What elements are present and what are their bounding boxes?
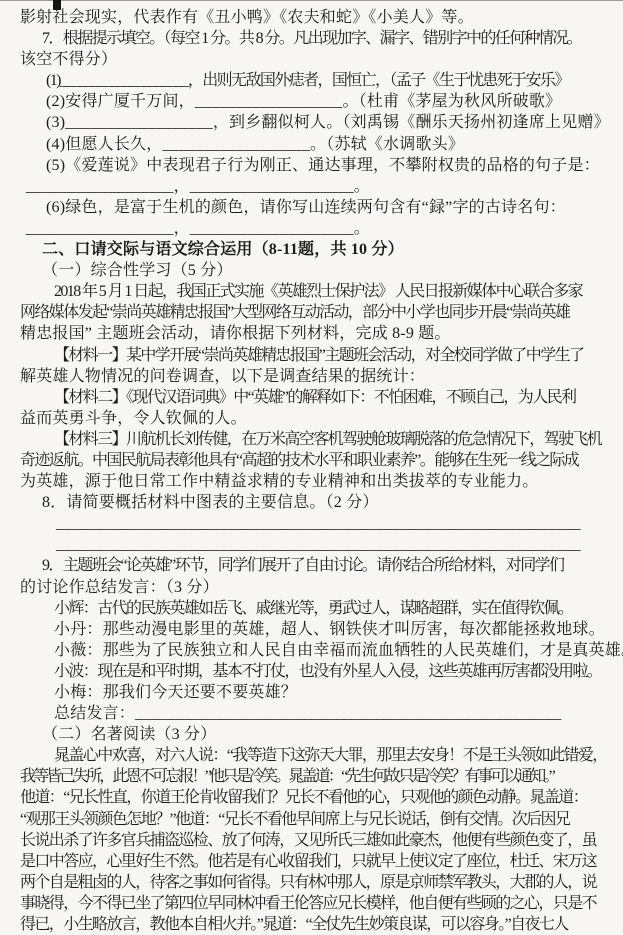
text-line-35: （二）名著阅读（3 分）	[42, 724, 605, 745]
text-line-26: ________________________________________…	[56, 534, 605, 555]
scan-artifact	[53, 0, 61, 10]
text-line-12: 二、口请交际与语文综合运用（8-11题，共 10 分）	[42, 239, 605, 260]
text-line-21: 【材料三】川航机长刘传健，在万米高空客机驾驶舱玻璃脱落的危急情况下，驾驶飞机	[54, 429, 605, 450]
text-line-25: ________________________________________…	[56, 513, 605, 534]
text-line-16: 精忠报国” 主题班会活动，请你根据下列材料，完成 8-9 题。	[20, 323, 605, 344]
text-line-6: (3)__________________，到乡翻似柯人。（刘禹锡《酬乐天扬州初…	[46, 112, 605, 133]
text-line-40: 长说出杀了许多官兵捕盗巡检、放了何涛，又见所氏三雄如此豪杰，他便有些颜色变了，虽	[20, 830, 605, 851]
text-line-38: 他道：“兄长性直，你道王伦肯收留我们？兄长不看他的心，只观他的颜色动静。晁盖道：	[20, 787, 605, 808]
text-line-7: (4)但愿人长久，__________________。（苏轼《水调歌头》	[46, 134, 605, 155]
text-line-2: 7．根据提示填空。（每空 1 分。共 8 分。凡出现加字、漏字、错别字中的任何种…	[42, 28, 605, 49]
text-line-14: 2018 年 5 月 1 日起，我国正式实施《英雄烈士保护法》 人民日报新媒体中…	[54, 281, 605, 302]
text-line-32: 小波：现在是和平时期，基本不打仗，也没有外星人入侵，这些英雄再厉害都没用啦。	[54, 661, 605, 682]
text-line-18: 解英雄人物情况的问卷调查，以下是调查结果的据统计：	[20, 366, 605, 387]
text-line-36: 晁盖心中欢喜，对六人说：“我等造下这弥天大罪，那里去安身！不是王头领如此错爱，	[54, 745, 605, 766]
text-line-17: 【材料一】某中学开展“崇尚英雄精忠报国”主题班会活动，对全校同学做了中学生了	[54, 345, 605, 366]
text-line-34: 总结发言：___________________________________…	[54, 703, 605, 724]
scan-edge-line	[0, 0, 623, 1]
text-line-4: (1)____________________，出则无敌国外痣者，国恒亡，（孟子…	[46, 70, 605, 91]
exam-document-text: 影射社会现实，代表作有《丑小鸭》《农夫和蛇》《小美人》等。7．根据提示填空。（每…	[20, 7, 605, 935]
text-line-37: 我等皆己失所，此恩不可忘报！”他只是冷笑。晁盖道：“先生何故只是冷笑？有事可以通…	[20, 766, 605, 787]
text-line-28: 的讨论作总结发言：（3 分）	[20, 577, 605, 598]
text-line-22: 奇迹返航。中国民航局表彰他具有“高超的技术水平和职业素养”。能够在生死一线之际成	[20, 450, 605, 471]
text-line-9: __________________，____________________。	[26, 176, 605, 197]
text-line-8: (5)《爱莲说》中表现君子行为刚正、通达事理，不攀附权贵的品格的句子是：	[46, 155, 605, 176]
text-line-30: 小丹：那些动漫电影里的英雄，超人、钢铁侠才叫厉害，每次都能拯救地球。	[54, 619, 605, 640]
text-line-15: 网络媒体发起“崇尚英雄精忠报国”大型网络互动活动，部分中小学也同步开晨“崇尚英雄	[20, 302, 605, 323]
text-line-39: “观那王头领颜色怎地？”他道：“兄长不看他早间席上与兄长说话，倒有交情。次后因兄	[20, 809, 605, 830]
text-line-3: 该空不得分）	[20, 49, 605, 70]
text-line-29: 小辉：古代的民族英雄如岳飞、戚继光等，勇武过人，谋略超群，实在值得钦佩。	[54, 598, 605, 619]
scanned-exam-page: 影射社会现实，代表作有《丑小鸭》《农夫和蛇》《小美人》等。7．根据提示填空。（每…	[0, 0, 623, 935]
text-line-1: 影射社会现实，代表作有《丑小鸭》《农夫和蛇》《小美人》等。	[20, 7, 605, 28]
text-line-41: 是口中答应，心里好生不然。他若是有心收留我们，只就早上使议定了座位，杜迁、宋万这	[20, 851, 605, 872]
text-line-31: 小薇：那些为了民族独立和人民自由幸福而流血牺牲的人民英雄们，才是真英雄。	[54, 640, 605, 661]
text-line-10: (6)绿色，是富于生机的颜色，请你写山连续两句含有“録”字的古诗名句：	[46, 197, 605, 218]
text-line-20: 益而英勇斗争，令人钦佩的人。	[20, 408, 605, 429]
text-line-23: 为英雄，源于他日常工作中精益求精的专业精神和出类拔萃的专业能力。	[20, 471, 605, 492]
text-line-27: 9．主题班会“论英雄”环节，同学们展开了自由讨论。请你结合所给材料，对同学们	[42, 555, 605, 576]
text-line-19: 【材料二】《现代汉语词典》中“英雄”的解释如下：不怕困难，不顾自己，为人民利	[54, 387, 605, 408]
text-line-11: __________________，____________________。	[26, 218, 605, 239]
text-line-5: (2)安得广厦千万间，__________________。（杜甫《茅屋为秋风所…	[46, 91, 605, 112]
text-line-33: 小梅：那我们今天还要不要英雄？	[54, 682, 605, 703]
text-line-42: 两个自是粗卤的人，待客之事如何省得。只有林冲那人，原是京师禁军教头，大郡的人，说	[20, 872, 605, 893]
text-line-13: （一）综合性学习（5 分）	[42, 260, 605, 281]
text-line-44: 得已，小生略放言，教他本自相火并。”晁道：“全仗先生妙策良谋，可以容身。”自夜七…	[20, 914, 605, 935]
text-line-43: 事晓得，今不得已坐了第四位早同林冲看王伦答应兄长模样，他自便有些顾的之心，只是不	[20, 893, 605, 914]
text-line-24: 8．请简要概括材料中图表的主要信息。（2 分）	[42, 492, 605, 513]
